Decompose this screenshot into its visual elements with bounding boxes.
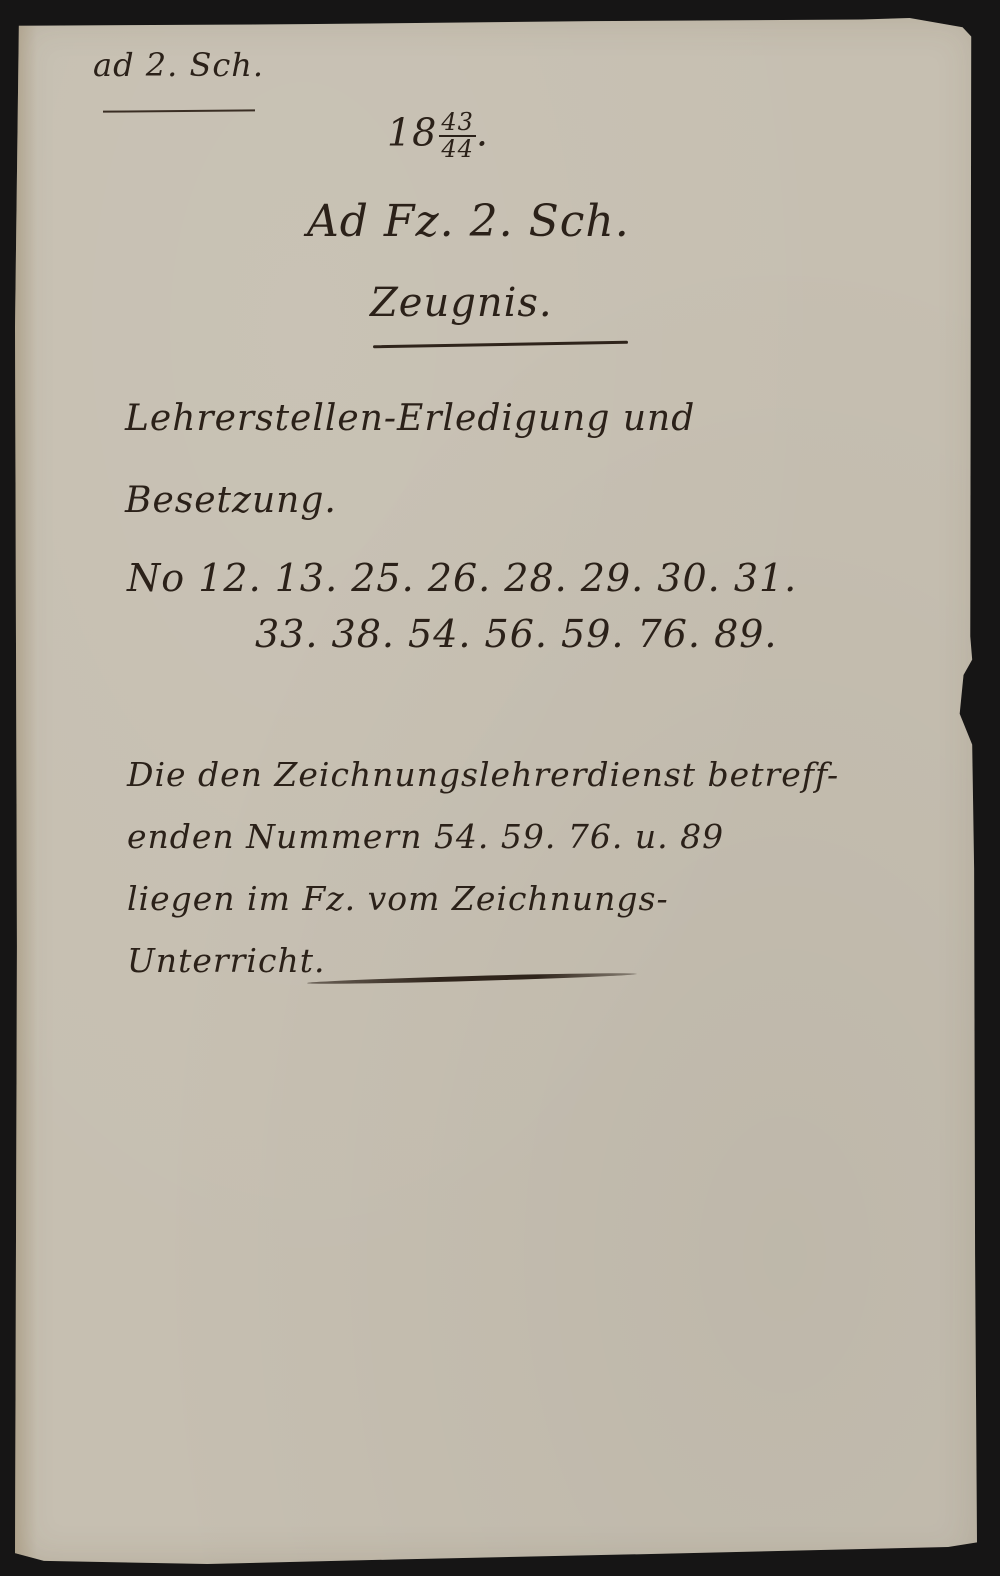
year-fraction: 4344 xyxy=(439,110,476,162)
subject-line-1: Lehrerstellen-Erledigung und xyxy=(125,378,695,460)
title-underline xyxy=(373,341,628,348)
subject-line-2: Besetzung. xyxy=(125,460,695,542)
year-suffix: . xyxy=(476,111,489,155)
reference-note: ad 2. Sch. xyxy=(93,46,264,84)
numbers-line-1: 12. 13. 25. 26. 28. 29. 30. 31. xyxy=(198,556,797,600)
year-label: 184344. xyxy=(387,110,489,162)
scan-background: ad 2. Sch. 184344. Ad Fz. 2. Sch. Zeugni… xyxy=(0,0,1000,1576)
year-numerator: 43 xyxy=(439,110,476,137)
fascicle-reference: Ad Fz. 2. Sch. xyxy=(307,196,630,247)
reference-note-underline xyxy=(103,109,255,112)
numbers-line-2: 33. 38. 54. 56. 59. 76. 89. xyxy=(127,606,797,662)
paper-sheet: ad 2. Sch. 184344. Ad Fz. 2. Sch. Zeugni… xyxy=(15,18,977,1564)
subject-heading: Lehrerstellen-Erledigung und Besetzung. xyxy=(125,378,695,542)
remark-line-3: liegen im Fz. vom Zeichnungs- xyxy=(127,868,839,930)
numbers-list: No 12. 13. 25. 26. 28. 29. 30. 31. 33. 3… xyxy=(127,550,797,662)
numbers-label: No xyxy=(127,556,185,600)
remark-line-2: enden Nummern 54. 59. 76. u. 89 xyxy=(127,806,839,868)
year-prefix: 18 xyxy=(387,111,437,155)
remark-line-4: Unterricht. xyxy=(127,930,839,992)
remark-paragraph: Die den Zeichnungslehrerdienst betreff- … xyxy=(127,744,839,992)
year-denominator: 44 xyxy=(439,137,476,162)
remark-line-1: Die den Zeichnungslehrerdienst betreff- xyxy=(127,744,839,806)
paper-fold-shadow xyxy=(15,18,37,1564)
document-title: Zeugnis. xyxy=(370,280,553,326)
